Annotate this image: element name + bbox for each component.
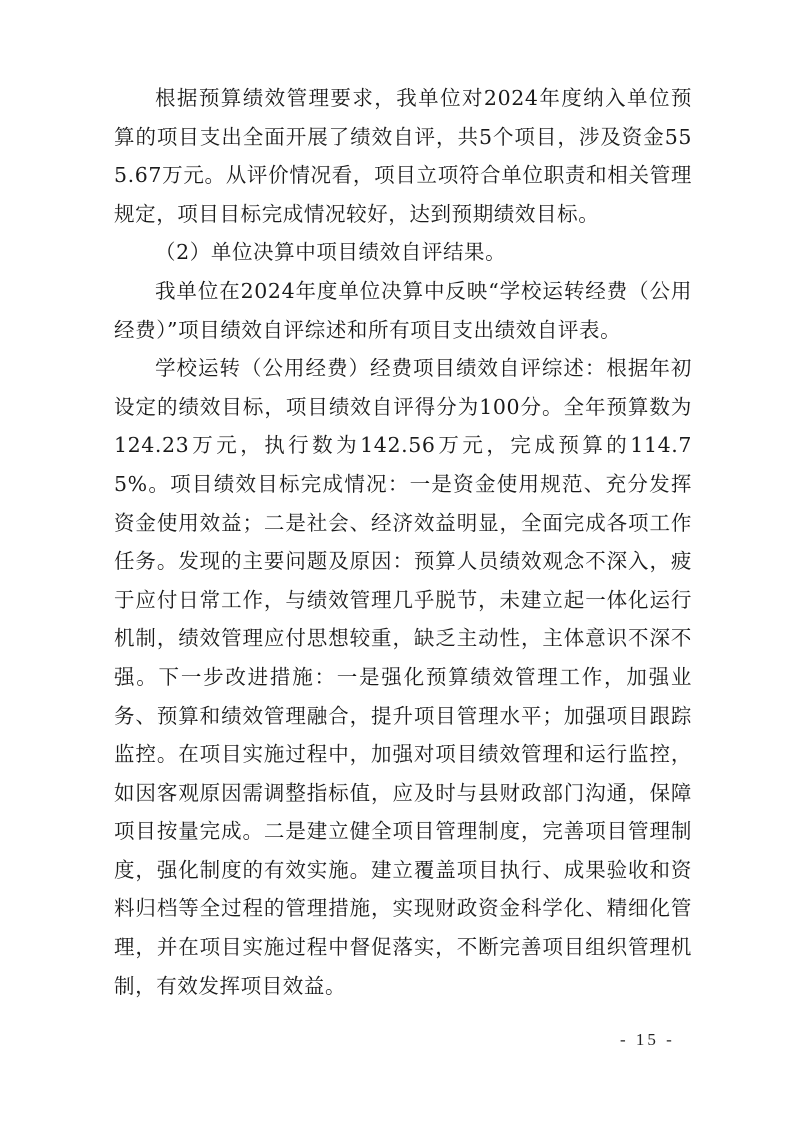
- document-page: 根据预算绩效管理要求，我单位对2024年度纳入单位预算的项目支出全面开展了绩效自…: [114, 79, 692, 1005]
- paragraph-school-operation-funds-summary: 学校运转（公用经费）经费项目绩效自评综述：根据年初设定的绩效目标，项目绩效自评得…: [114, 349, 692, 1005]
- paragraph-final-accounts-reflection: 我单位在2024年度单位决算中反映“学校运转经费（公用经费）”项目绩效自评综述和…: [114, 272, 692, 349]
- section-heading-final-accounts-results: （2）单位决算中项目绩效自评结果。: [114, 233, 692, 272]
- paragraph-performance-self-evaluation-overview: 根据预算绩效管理要求，我单位对2024年度纳入单位预算的项目支出全面开展了绩效自…: [114, 79, 692, 233]
- page-number: - 15 -: [620, 1030, 675, 1050]
